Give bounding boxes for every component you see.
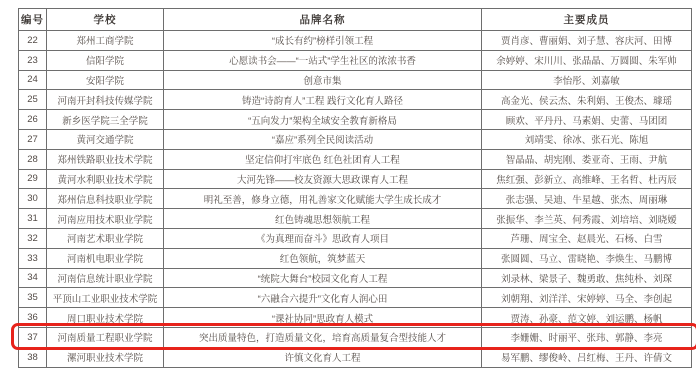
row-number-cell: 25 (19, 90, 47, 110)
brand-cell: 《为真理而奋斗》思政育人项目 (164, 228, 482, 248)
table-row: 37 河南质量工程职业学院 突出质量特色，打造质量文化，培育高质量复合型技能人才… (19, 327, 692, 347)
school-cell: 黄河交通学院 (47, 129, 164, 149)
members-cell: 顾欢、平丹丹、马素娟、史蕾、马团团 (482, 110, 692, 130)
row-number-cell: 31 (19, 209, 47, 229)
brand-cell: 红色铸魂思想领航工程 (164, 209, 482, 229)
brand-cell: 铸造“诗韵育人”工程 践行文化育人路径 (164, 90, 482, 110)
table-row: 22 郑州工商学院 “成长有约”榜样引领工程 贾肖彦、曹丽娟、刘子慧、容庆河、田… (19, 31, 692, 51)
column-header-school: 学校 (47, 9, 164, 31)
row-number-cell: 26 (19, 110, 47, 130)
table-row: 33 河南机电职业学院 红色领航，筑梦蓝天 张圆圆、马立、雷晓艳、李焕生、马鹏博 (19, 248, 692, 268)
members-cell: 智晶晶、胡宪刚、娄亚奇、王雨、尹航 (482, 149, 692, 169)
column-header-brand: 品牌名称 (164, 9, 482, 31)
table-row: 25 河南开封科技传媒学院 铸造“诗韵育人”工程 践行文化育人路径 高金光、侯云… (19, 90, 692, 110)
school-cell: 河南应用技术职业学院 (47, 209, 164, 229)
school-cell: 信阳学院 (47, 50, 164, 70)
table-row: 34 河南信息统计职业学院 “统院大舞台”校园文化育人工程 刘录林、梁景子、魏勇… (19, 268, 692, 288)
school-cell: 黄河水利职业技术学院 (47, 169, 164, 189)
brand-cell: 大河先锋——校友资源大思政课育人工程 (164, 169, 482, 189)
brand-cell: “五向发力”架构全域安全教育新格局 (164, 110, 482, 130)
table-row: 24 安阳学院 创意市集 李怡彤、刘嘉敏 (19, 70, 692, 90)
brand-cell: “嘉应”系列全民阅读活动 (164, 129, 482, 149)
members-cell: 张圆圆、马立、雷晓艳、李焕生、马鹏博 (482, 248, 692, 268)
brand-cell: 心愿读书会——“一站式”学生社区的浓浓书香 (164, 50, 482, 70)
table-body: 22 郑州工商学院 “成长有约”榜样引领工程 贾肖彦、曹丽娟、刘子慧、容庆河、田… (19, 31, 692, 368)
table-row: 26 新乡医学院三全学院 “五向发力”架构全域安全教育新格局 顾欢、平丹丹、马素… (19, 110, 692, 130)
row-number-cell: 35 (19, 288, 47, 308)
row-number-cell: 24 (19, 70, 47, 90)
school-cell: 河南机电职业学院 (47, 248, 164, 268)
school-cell: 河南信息统计职业学院 (47, 268, 164, 288)
brand-projects-table: 编号 学校 品牌名称 主要成员 22 郑州工商学院 “成长有约”榜样引领工程 贾… (18, 8, 692, 368)
members-cell: 芦珊、周宝全、赵晨光、石杨、白雪 (482, 228, 692, 248)
members-cell: 李姗姗、时丽平、张玮、郭静、李亮 (482, 327, 692, 347)
table-row: 35 平顶山工业职业技术学院 “六融合六提升”文化育人润心田 刘朝翔、刘洋洋、宋… (19, 288, 692, 308)
school-cell: 郑州工商学院 (47, 31, 164, 51)
members-cell: 刘靖雯、徐冰、张石光、陈旭 (482, 129, 692, 149)
members-cell: 易军鹏、缪俊岭、吕红梅、王丹、许倩文 (482, 347, 692, 367)
table-row: 31 河南应用技术职业学院 红色铸魂思想领航工程 张振华、李兰英、何秀霞、刘培培… (19, 209, 692, 229)
brand-cell: “六融合六提升”文化育人润心田 (164, 288, 482, 308)
members-cell: 焦红强、彭新立、高维峰、王名哲、杜丙辰 (482, 169, 692, 189)
brand-cell: 突出质量特色，打造质量文化，培育高质量复合型技能人才 (164, 327, 482, 347)
school-cell: 漯河职业技术学院 (47, 347, 164, 367)
row-number-cell: 28 (19, 149, 47, 169)
row-number-cell: 30 (19, 189, 47, 209)
members-cell: 李怡彤、刘嘉敏 (482, 70, 692, 90)
row-number-cell: 32 (19, 228, 47, 248)
row-number-cell: 29 (19, 169, 47, 189)
row-number-cell: 22 (19, 31, 47, 51)
brand-cell: “成长有约”榜样引领工程 (164, 31, 482, 51)
table-row: 23 信阳学院 心愿读书会——“一站式”学生社区的浓浓书香 余婷婷、宋川川、张晶… (19, 50, 692, 70)
row-number-cell: 36 (19, 308, 47, 328)
row-number-cell: 23 (19, 50, 47, 70)
table-row: 28 郑州铁路职业技术学院 坚定信仰打牢底色 红色社团育人工程 智晶晶、胡宪刚、… (19, 149, 692, 169)
row-number-cell: 34 (19, 268, 47, 288)
school-cell: 河南开封科技传媒学院 (47, 90, 164, 110)
members-cell: 余婷婷、宋川川、张晶晶、万圆圆、朱军帅 (482, 50, 692, 70)
table-row: 32 河南艺术职业学院 《为真理而奋斗》思政育人项目 芦珊、周宝全、赵晨光、石杨… (19, 228, 692, 248)
members-cell: 张振华、李兰英、何秀霞、刘培培、刘晓嫒 (482, 209, 692, 229)
members-cell: 贾涛、孙豪、范文婷、刘运鹏、杨帆 (482, 308, 692, 328)
school-cell: 河南艺术职业学院 (47, 228, 164, 248)
table-row: 36 周口职业技术学院 “课社协同”思政育人模式 贾涛、孙豪、范文婷、刘运鹏、杨… (19, 308, 692, 328)
brand-cell: 创意市集 (164, 70, 482, 90)
brand-cell: 明礼至善，修身立德，用礼善家文化赋能大学生成长成才 (164, 189, 482, 209)
column-header-members: 主要成员 (482, 9, 692, 31)
members-cell: 张志强、吴迪、牛星越、张杰、周丽琳 (482, 189, 692, 209)
table-header-row: 编号 学校 品牌名称 主要成员 (19, 9, 692, 31)
table-row: 38 漯河职业技术学院 许慎文化育人工程 易军鹏、缪俊岭、吕红梅、王丹、许倩文 (19, 347, 692, 367)
school-cell: 郑州信息科技职业学院 (47, 189, 164, 209)
school-cell: 河南质量工程职业学院 (47, 327, 164, 347)
table-row: 30 郑州信息科技职业学院 明礼至善，修身立德，用礼善家文化赋能大学生成长成才 … (19, 189, 692, 209)
row-number-cell: 33 (19, 248, 47, 268)
members-cell: 贾肖彦、曹丽娟、刘子慧、容庆河、田博 (482, 31, 692, 51)
column-header-number: 编号 (19, 9, 47, 31)
brand-cell: 许慎文化育人工程 (164, 347, 482, 367)
members-cell: 刘录林、梁景子、魏勇敢、焦纯朴、刘琛 (482, 268, 692, 288)
row-number-cell: 27 (19, 129, 47, 149)
school-cell: 郑州铁路职业技术学院 (47, 149, 164, 169)
school-cell: 平顶山工业职业技术学院 (47, 288, 164, 308)
school-cell: 新乡医学院三全学院 (47, 110, 164, 130)
row-number-cell: 38 (19, 347, 47, 367)
table-row: 29 黄河水利职业技术学院 大河先锋——校友资源大思政课育人工程 焦红强、彭新立… (19, 169, 692, 189)
school-cell: 周口职业技术学院 (47, 308, 164, 328)
row-number-cell: 37 (19, 327, 47, 347)
brand-cell: 红色领航，筑梦蓝天 (164, 248, 482, 268)
members-cell: 高金光、侯云杰、朱利娟、王俊杰、璩瑶 (482, 90, 692, 110)
brand-cell: 坚定信仰打牢底色 红色社团育人工程 (164, 149, 482, 169)
members-cell: 刘朝翔、刘洋洋、宋婷婷、马全、李创起 (482, 288, 692, 308)
brand-cell: “课社协同”思政育人模式 (164, 308, 482, 328)
school-cell: 安阳学院 (47, 70, 164, 90)
brand-cell: “统院大舞台”校园文化育人工程 (164, 268, 482, 288)
table-row: 27 黄河交通学院 “嘉应”系列全民阅读活动 刘靖雯、徐冰、张石光、陈旭 (19, 129, 692, 149)
